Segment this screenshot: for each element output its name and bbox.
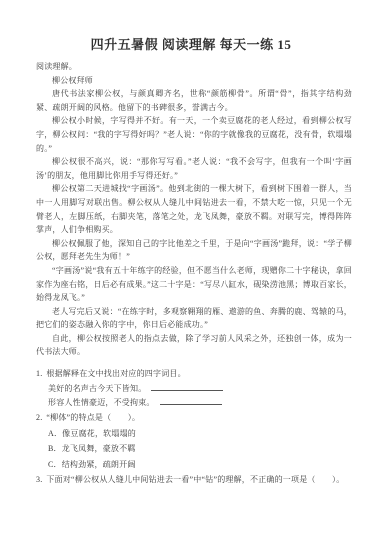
question-2-option-a: A．像豆腐花，软塌塌的	[48, 426, 352, 442]
question-2-option-c: C．结构劲紧，疏朗开阔	[48, 457, 352, 473]
question-1-item-clue: 形容人性情豪迈，不受拘束。	[48, 398, 155, 407]
question-1-item: 美好的名声古今天下皆知。	[48, 382, 352, 396]
passage-paragraph: 柳公权很不高兴，说：“那你写写看。”老人说：“我不会写字，但我有一个叫‘字画汤’…	[36, 155, 352, 182]
question-3-text: 下面对“柳公权从人缝儿中间钻进去一看”中“钻”的理解，不正确的一项是（ ）。	[46, 475, 344, 484]
section-label: 阅读理解。	[36, 60, 352, 74]
question-1-item-clue: 美好的名声古今天下皆知。	[48, 384, 146, 393]
question-3: 3.下面对“柳公权从人缝儿中间钻进去一看”中“钻”的理解，不正确的一项是（ ）。	[36, 472, 352, 488]
question-section: 1.根据解释在文中找出对应的四字词目。 美好的名声古今天下皆知。 形容人性情豪迈…	[36, 366, 352, 488]
answer-blank	[151, 382, 223, 391]
worksheet-page: 四升五暑假 阅读理解 每天一练 15 阅读理解。 柳公权拜师 唐代书法家柳公权，…	[0, 0, 382, 540]
passage-paragraph: “字画汤”说“我有五十年练字的经验，但不愿当什么老师，现赠你二十字秘诀，拿回家作…	[36, 264, 352, 305]
passage-content: 阅读理解。 柳公权拜师 唐代书法家柳公权，与颜真卿齐名，世称“颜筋柳骨”。所谓“…	[36, 60, 352, 488]
question-1: 1.根据解释在文中找出对应的四字词目。	[36, 366, 352, 382]
question-2: 2.“柳体”的特点是（ ）。	[36, 410, 352, 426]
passage-paragraph: 柳公权佩服了他，深知自己的字比他差之千里，于是向“字画汤”跪拜，说：“学子柳公权…	[36, 237, 352, 264]
answer-blank	[160, 396, 222, 405]
passage-paragraph: 自此，柳公权按照老人的指点去做，除了学习前人风采之外，还独创一体，成为一代书法大…	[36, 332, 352, 359]
question-1-text: 根据解释在文中找出对应的四字词目。	[46, 369, 185, 378]
question-3-number: 3.	[36, 475, 42, 484]
question-2-option-b: B．龙飞凤舞，豪放不羁	[48, 441, 352, 457]
passage-paragraph: 柳公权第二天进城找“字画汤”。他到北街的一棵大树下，看到树下围着一群人，当中一人…	[36, 182, 352, 236]
passage-paragraph: 唐代书法家柳公权，与颜真卿齐名，世称“颜筋柳骨”。所谓“骨”，指其字结构劲紧、疏…	[36, 87, 352, 114]
passage-title: 柳公权拜师	[36, 74, 352, 88]
question-2-number: 2.	[36, 413, 42, 422]
passage-paragraph: 柳公权小时候，字写得并不好。有一天，一个卖豆腐花的老人经过，看到柳公权写字，柳公…	[36, 114, 352, 155]
question-1-item: 形容人性情豪迈，不受拘束。	[48, 396, 352, 410]
doc-title: 四升五暑假 阅读理解 每天一练 15	[0, 0, 382, 53]
question-2-text: “柳体”的特点是（ ）。	[46, 413, 140, 422]
passage-paragraph: 老人写完后又说：“在练字时，多观察翱翔的雁、遨游的鱼、奔腾的鹿、驾辕的马，把它们…	[36, 305, 352, 332]
question-1-number: 1.	[36, 369, 42, 378]
